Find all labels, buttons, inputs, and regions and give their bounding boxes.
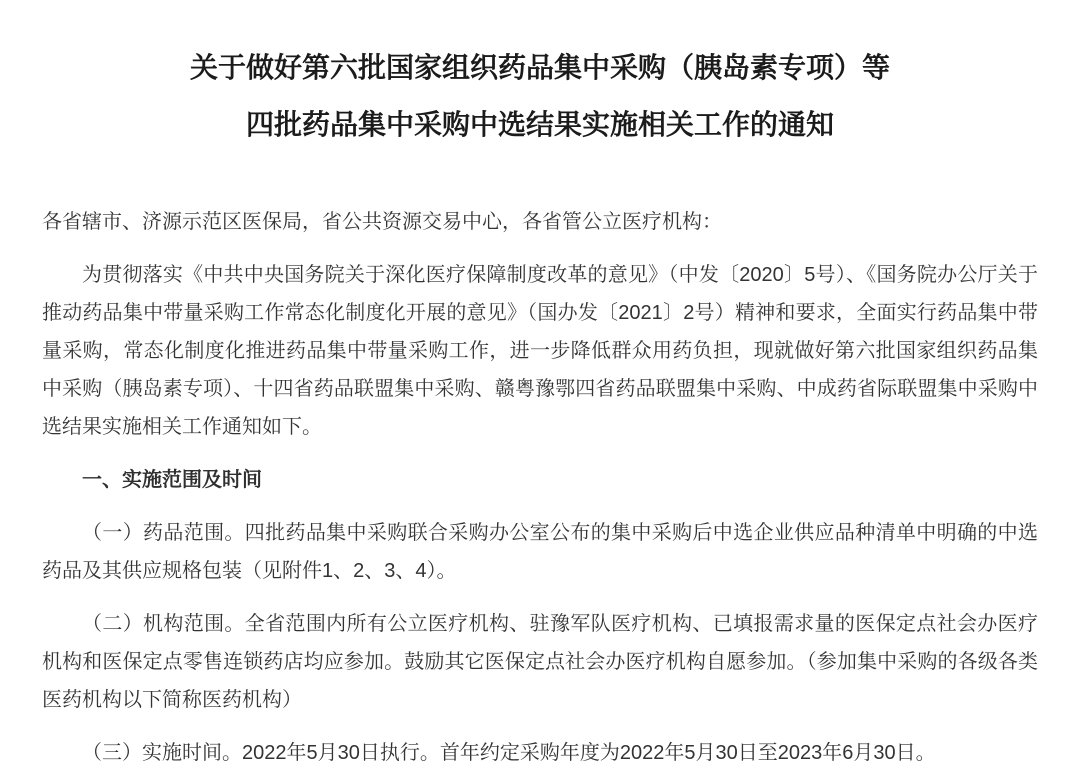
section-heading-scope-and-time: 一、实施范围及时间 (42, 461, 1038, 499)
item-implementation-time: （三）实施时间。2022年5月30日执行。首年约定采购年度为2022年5月30日… (42, 734, 1038, 765)
document-title-line1: 关于做好第六批国家组织药品集中采购（胰岛素专项）等 (42, 39, 1038, 96)
document-body: 各省辖市、济源示范区医保局，省公共资源交易中心，各省管公立医疗机构： 为贯彻落实… (42, 203, 1038, 765)
notice-document-page: 关于做好第六批国家组织药品集中采购（胰岛素专项）等 四批药品集中采购中选结果实施… (0, 0, 1080, 765)
notice-document: 关于做好第六批国家组织药品集中采购（胰岛素专项）等 四批药品集中采购中选结果实施… (0, 0, 1080, 765)
intro-paragraph: 为贯彻落实《中共中央国务院关于深化医疗保障制度改革的意见》（中发〔2020〕5号… (42, 256, 1038, 446)
salutation-line: 各省辖市、济源示范区医保局，省公共资源交易中心，各省管公立医疗机构： (42, 203, 1038, 241)
document-title: 关于做好第六批国家组织药品集中采购（胰岛素专项）等 四批药品集中采购中选结果实施… (42, 39, 1038, 153)
document-title-line2: 四批药品集中采购中选结果实施相关工作的通知 (42, 96, 1038, 153)
item-drug-scope: （一）药品范围。四批药品集中采购联合采购办公室公布的集中采购后中选企业供应品种清… (42, 514, 1038, 590)
item-institution-scope: （二）机构范围。全省范围内所有公立医疗机构、驻豫军队医疗机构、已填报需求量的医保… (42, 605, 1038, 719)
